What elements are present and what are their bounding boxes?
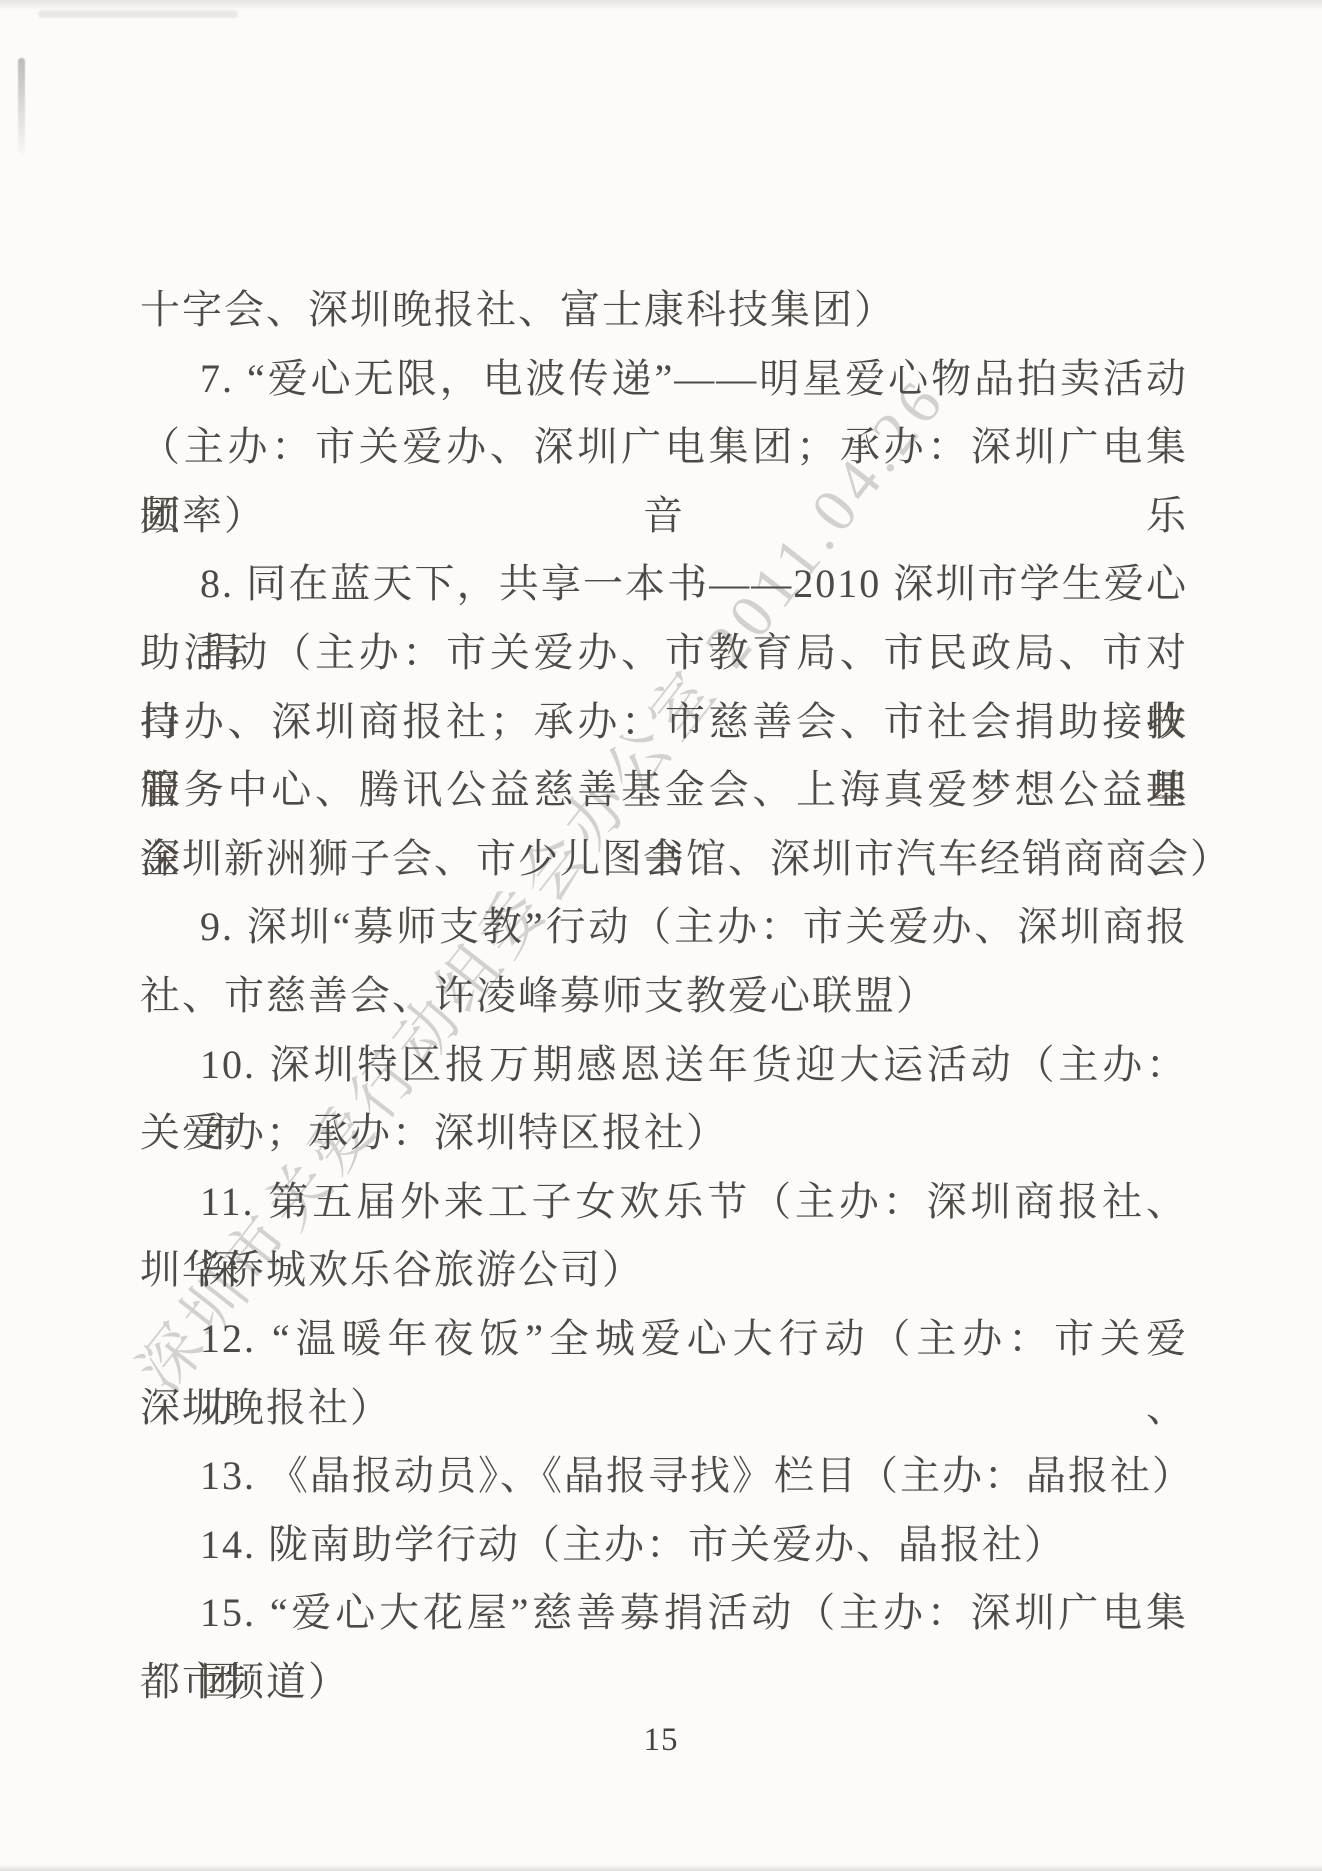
text-line: 关爱办；承办：深圳特区报社） (140, 1099, 1188, 1168)
text-line: 圳华侨城欢乐谷旅游公司） (140, 1236, 1188, 1305)
text-line: 深圳新洲狮子会、市少儿图书馆、深圳市汽车经销商商会） (140, 825, 1188, 894)
scan-artifact-top-smudge (38, 10, 238, 18)
text-line: 7. “爱心无限，电波传递”——明星爱心物品拍卖活动 (140, 345, 1188, 414)
text-line: 服务中心、腾讯公益慈善基金会、上海真爱梦想公益基金会、 (140, 756, 1188, 825)
text-line: （主办：市关爱办、深圳广电集团；承办：深圳广电集团音乐 (140, 413, 1188, 482)
text-line: 10. 深圳特区报万期感恩送年货迎大运活动（主办：市 (140, 1031, 1188, 1100)
page-number: 15 (0, 1722, 1322, 1759)
text-line: 15. “爱心大花屋”慈善募捐活动（主办：深圳广电集团 (140, 1579, 1188, 1648)
scan-artifact-top-edge (0, 0, 1322, 10)
text-line: 助活动（主办：市关爱办、市教育局、市民政局、市对口扶 (140, 619, 1188, 688)
scan-artifact-bottom-edge (0, 1865, 1322, 1871)
text-line: 9. 深圳“募师支教”行动（主办：市关爱办、深圳商报 (140, 893, 1188, 962)
text-line: 14. 陇南助学行动（主办：市关爱办、晶报社） (140, 1511, 1188, 1580)
text-line: 13. 《晶报动员》、《晶报寻找》栏目（主办：晶报社） (140, 1442, 1188, 1511)
text-line: 持办、深圳商报社；承办：市慈善会、市社会捐助接收管理 (140, 688, 1188, 757)
document-page: 深圳市关爱行动组委会办公室 2011.04.26 十字会、深圳晚报社、富士康科技… (0, 0, 1322, 1871)
text-line: 12. “温暖年夜饭”全城爱心大行动（主办：市关爱办、 (140, 1305, 1188, 1374)
text-line: 11. 第五届外来工子女欢乐节（主办：深圳商报社、深 (140, 1168, 1188, 1237)
text-line: 社、市慈善会、许凌峰募师支教爱心联盟） (140, 962, 1188, 1031)
text-line: 都市频道） (140, 1648, 1188, 1717)
text-line: 十字会、深圳晚报社、富士康科技集团） (140, 276, 1188, 345)
text-line: 8. 同在蓝天下，共享一本书——2010 深圳市学生爱心捐 (140, 550, 1188, 619)
document-body: 十字会、深圳晚报社、富士康科技集团）7. “爱心无限，电波传递”——明星爱心物品… (140, 276, 1188, 1716)
scan-artifact-left-mark (18, 58, 25, 158)
